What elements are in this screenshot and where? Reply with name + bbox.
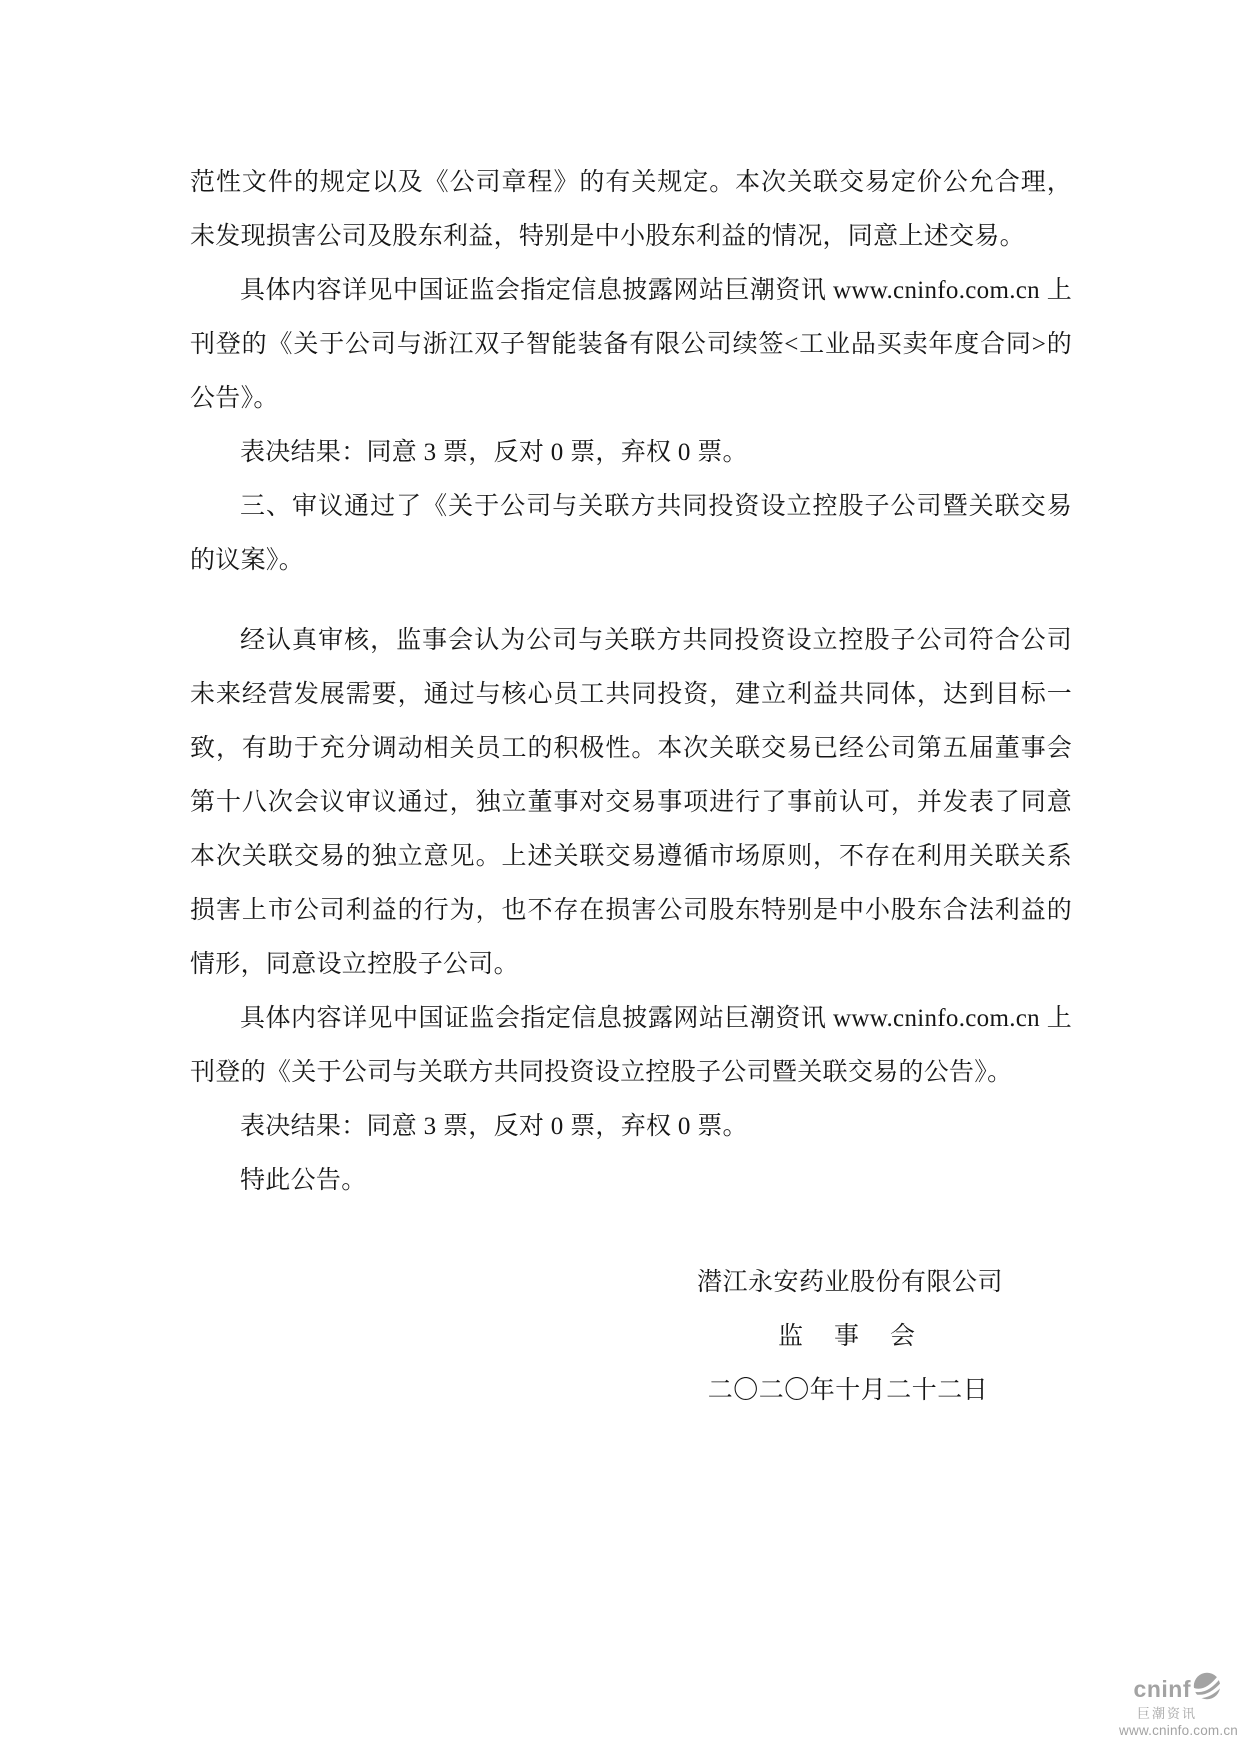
body-paragraph: 具体内容详见中国证监会指定信息披露网站巨潮资讯 www.cninfo.com.c… [190,264,1072,426]
cninfo-brand-row: cninf [1112,1672,1238,1704]
agenda-item-heading: 三、审议通过了《关于公司与关联方共同投资设立控股子公司暨关联交易的议案》。 [190,480,1072,588]
closing-line: 特此公告。 [190,1154,1072,1208]
cninfo-url: www.cninfo.com.cn [1112,1724,1238,1738]
vote-result-line: 表决结果：同意 3 票，反对 0 票，弃权 0 票。 [190,426,1072,480]
signature-department: 监 事 会 [697,1310,999,1364]
cninfo-brand-text: cninf [1134,1678,1191,1701]
body-paragraph: 具体内容详见中国证监会指定信息披露网站巨潮资讯 www.cninfo.com.c… [190,992,1072,1100]
vote-result-line: 表决结果：同意 3 票，反对 0 票，弃权 0 票。 [190,1100,1072,1154]
document-page: 范性文件的规定以及《公司章程》的有关规定。本次关联交易定价公允合理，未发现损害公… [0,0,1241,1754]
signature-block: 潜江永安药业股份有限公司 监 事 会 二〇二〇年十月二十二日 [697,1256,999,1418]
body-paragraph: 范性文件的规定以及《公司章程》的有关规定。本次关联交易定价公允合理，未发现损害公… [190,156,1072,264]
cninfo-globe-icon [1193,1672,1221,1704]
cninfo-watermark: cninf 巨潮资讯 www.cninfo.com.cn [1112,1672,1238,1738]
signature-date: 二〇二〇年十月二十二日 [697,1364,999,1418]
body-paragraph: 经认真审核，监事会认为公司与关联方共同投资设立控股子公司符合公司未来经营发展需要… [190,614,1072,992]
document-body: 范性文件的规定以及《公司章程》的有关规定。本次关联交易定价公允合理，未发现损害公… [190,156,1072,1208]
signature-company: 潜江永安药业股份有限公司 [697,1256,999,1310]
cninfo-brand-chinese: 巨潮资讯 [1112,1707,1238,1720]
